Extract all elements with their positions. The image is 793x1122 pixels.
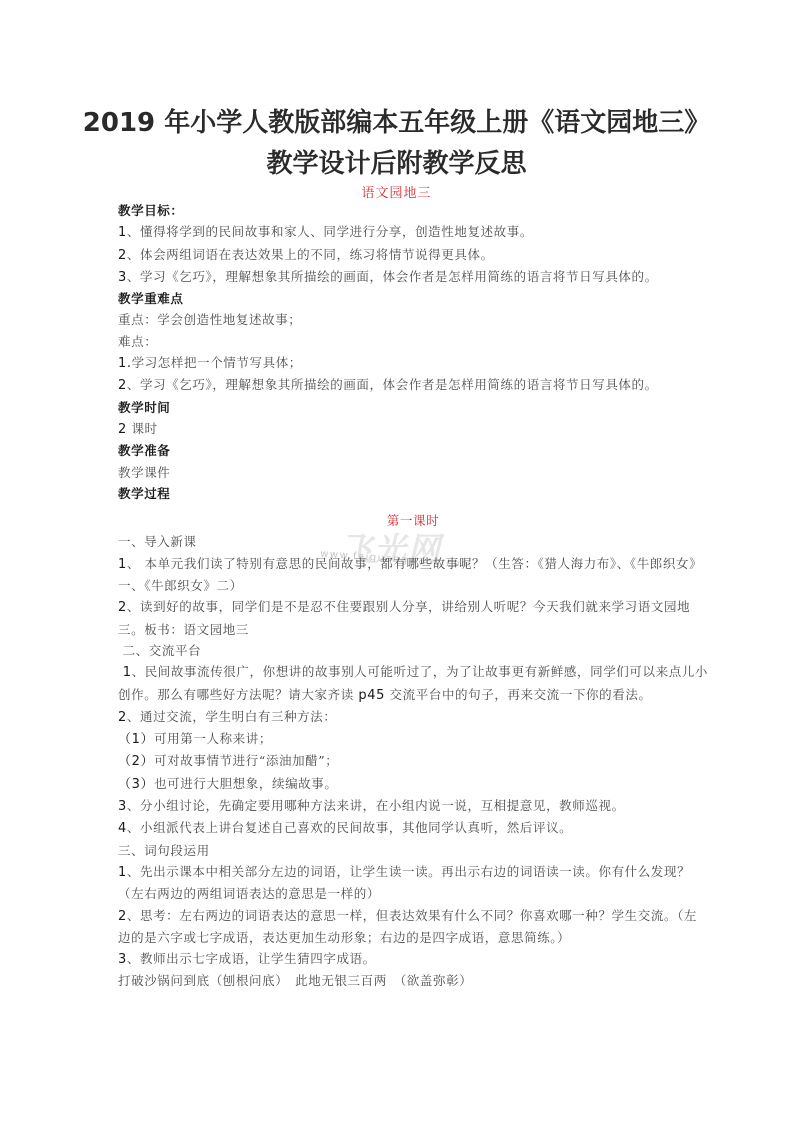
- item-text: 也可进行大胆想象，续编故事。: [154, 776, 337, 791]
- part1-item: 1、 本单元我们读了特别有意思的民间故事，都有哪些故事呢？（生答：《猎人海力布》…: [118, 553, 708, 597]
- item-number: 3: [118, 270, 127, 285]
- document-body: 教学目标： 1、懂得将学到的民间故事和家人、同学进行分享，创造性地复述故事。 2…: [118, 200, 708, 992]
- item-number: （1）: [118, 732, 154, 747]
- item-text: 、懂得将学到的民间故事和家人、同学进行分享，创造性地复述故事。: [127, 224, 533, 239]
- item-number: 2: [118, 248, 127, 263]
- item-number: 1: [118, 225, 127, 240]
- item-text: 、 本单元我们读了特别有意思的民间故事，都有哪些故事呢？（生答：《猎人海力布》、…: [118, 556, 702, 593]
- prep-value: 教学课件: [118, 462, 708, 483]
- part2-subitem: （3）也可进行大胆想象，续编故事。: [118, 773, 708, 795]
- item-number: 2: [118, 710, 127, 725]
- item-text: 、先出示课本中相关部分左边的词语，让学生读一读。再出示右边的词语读一读。你有什么…: [118, 864, 690, 901]
- part2-item: 2、通过交流，学生明白有三种方法：: [118, 706, 708, 728]
- time-number: 2: [118, 422, 127, 437]
- item-number: 3: [118, 952, 127, 967]
- item-number: 4: [118, 821, 127, 836]
- item-number: 1.: [118, 356, 132, 371]
- time-unit: 课时: [127, 421, 158, 436]
- part2-subitem: （1）可用第一人称来讲；: [118, 728, 708, 750]
- key-points-heading: 教学重难点: [118, 288, 708, 309]
- part2-subitem: （2）可对故事情节进行“添油加醋”；: [118, 750, 708, 772]
- part3-heading: 三、词句段运用: [118, 840, 708, 861]
- goals-heading: 教学目标：: [118, 200, 708, 221]
- part3-item: 3、教师出示七字成语，让学生猜四字成语。: [118, 948, 708, 970]
- part3-examples: 打破沙锅问到底（刨根问底） 此地无银三百两 （欲盖弥彰）: [118, 970, 708, 991]
- difficult-item: 1.学习怎样把一个情节写具体；: [118, 352, 708, 374]
- item-text: 、小组派代表上讲台复述自己喜欢的民间故事，其他同学认真听，然后评议。: [127, 820, 572, 835]
- item-text: 、学习《乞巧》，理解想象其所描绘的画面，体会作者是怎样用简练的语言将节日写具体的…: [127, 377, 658, 392]
- item-number: 2: [118, 909, 127, 924]
- difficult-item: 2、学习《乞巧》，理解想象其所描绘的画面，体会作者是怎样用简练的语言将节日写具体…: [118, 374, 708, 396]
- part1-heading: 一、导入新课: [118, 531, 708, 552]
- item-text: 可用第一人称来讲；: [154, 731, 272, 746]
- part2-item: 3、分小组讨论，先确定要用哪种方法来讲，在小组内说一说，互相提意见，教师巡视。: [118, 795, 708, 817]
- item-text: 可对故事情节进行“添油加醋”；: [154, 753, 338, 768]
- item-text: 、读到好的故事，同学们是不是忍不住要跟别人分享，讲给别人听呢？今天我们就来学习语…: [118, 599, 690, 636]
- goal-item: 2、体会两组词语在表达效果上的不同，练习将情节说得更具体。: [118, 244, 708, 266]
- item-text: 、体会两组词语在表达效果上的不同，练习将情节说得更具体。: [127, 247, 494, 262]
- item-number: 1: [118, 665, 132, 680]
- item-text: 、思考：左右两边的词语表达的意思一样，但表达效果有什么不同？你喜欢哪一种？学生交…: [118, 908, 697, 945]
- item-text: 、通过交流，学生明白有三种方法：: [127, 709, 337, 724]
- process-heading: 教学过程: [118, 483, 708, 504]
- goal-item: 1、懂得将学到的民间故事和家人、同学进行分享，创造性地复述故事。: [118, 221, 708, 243]
- item-text: 学习怎样把一个情节写具体；: [132, 355, 302, 370]
- item-number: （3）: [118, 777, 154, 792]
- part3-item: 2、思考：左右两边的词语表达的意思一样，但表达效果有什么不同？你喜欢哪一种？学生…: [118, 905, 708, 949]
- part3-item: 1、先出示课本中相关部分左边的词语，让学生读一读。再出示右边的词语读一读。你有什…: [118, 861, 708, 905]
- item-text: 、学习《乞巧》，理解想象其所描绘的画面，体会作者是怎样用简练的语言将节日写具体的…: [127, 269, 658, 284]
- document-title-line1: 2019 年小学人教版部编本五年级上册《语文园地三》: [0, 102, 793, 139]
- part1-item: 2、读到好的故事，同学们是不是忍不住要跟别人分享，讲给别人听呢？今天我们就来学习…: [118, 596, 708, 640]
- time-value: 2 课时: [118, 418, 708, 440]
- part2-heading: 二、交流平台: [118, 640, 708, 661]
- lesson-label: 第一课时: [118, 510, 708, 531]
- item-number: 2: [118, 378, 127, 393]
- item-text: 交流平台中的句子，再来交流一下你的看法。: [385, 687, 652, 702]
- document-title-line2: 教学设计后附教学反思: [0, 143, 793, 180]
- difficult-label: 难点：: [118, 331, 708, 352]
- document-page: 2019 年小学人教版部编本五年级上册《语文园地三》 教学设计后附教学反思 语文…: [0, 0, 793, 1122]
- item-text: 、教师出示七字成语，让学生猜四字成语。: [127, 951, 376, 966]
- time-heading: 教学时间: [118, 397, 708, 418]
- key-point: 重点：学会创造性地复述故事；: [118, 309, 708, 330]
- item-number: 2: [118, 600, 127, 615]
- page-reference: p45: [358, 688, 385, 703]
- item-number: 1: [118, 557, 127, 572]
- item-text: 、分小组讨论，先确定要用哪种方法来讲，在小组内说一说，互相提意见，教师巡视。: [127, 798, 625, 813]
- prep-heading: 教学准备: [118, 440, 708, 461]
- part2-item: 1、民间故事流传很广，你想讲的故事别人可能听过了，为了让故事更有新鲜感，同学们可…: [118, 661, 708, 706]
- goal-item: 3、学习《乞巧》，理解想象其所描绘的画面，体会作者是怎样用简练的语言将节日写具体…: [118, 266, 708, 288]
- item-number: 1: [118, 865, 127, 880]
- part2-item: 4、小组派代表上讲台复述自己喜欢的民间故事，其他同学认真听，然后评议。: [118, 817, 708, 839]
- document-subtitle: 语文园地三: [0, 182, 793, 201]
- item-number: （2）: [118, 754, 154, 769]
- item-number: 3: [118, 799, 127, 814]
